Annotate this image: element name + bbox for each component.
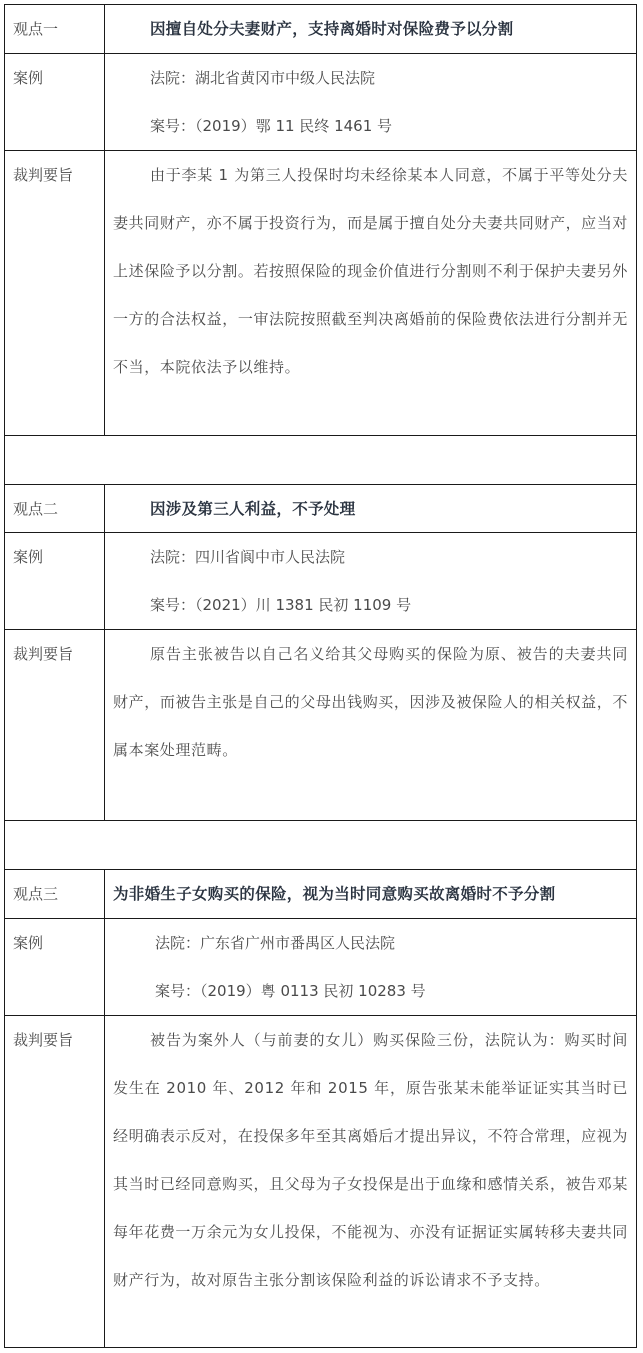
case-row-3: 案例 法院：广东省广州市番禺区人民法院 案号：（2019）粤 0113 民初 1… xyxy=(5,919,636,1016)
summary-row-1: 裁判要旨 由于李某 1 为第三人投保时均未经徐某本人同意，不属于平等处分夫妻共同… xyxy=(5,151,636,436)
case-comparison-table: 观点一 因擅自处分夫妻财产，支持离婚时对保险费予以分割 案例 法院：湖北省黄冈市… xyxy=(4,4,637,1348)
summary-row-2: 裁判要旨 原告主张被告以自己名义给其父母购买的保险为原、被告的夫妻共同财产，而被… xyxy=(5,630,636,821)
case-info: 法院：四川省阆中市人民法院 案号：（2021）川 1381 民初 1109 号 xyxy=(105,533,636,629)
viewpoint-title: 因擅自处分夫妻财产，支持离婚时对保险费予以分割 xyxy=(105,5,636,53)
case-label: 案例 xyxy=(5,54,105,150)
summary-row-3: 裁判要旨 被告为案外人（与前妻的女儿）购买保险三份，法院认为：购买时间发生在 2… xyxy=(5,1016,636,1348)
summary-cell: 原告主张被告以自己名义给其父母购买的保险为原、被告的夫妻共同财产，而被告主张是自… xyxy=(105,630,636,820)
case-info: 法院：广东省广州市番禺区人民法院 案号：（2019）粤 0113 民初 1028… xyxy=(105,919,636,1015)
case-info: 法院：湖北省黄冈市中级人民法院 案号：（2019）鄂 11 民终 1461 号 xyxy=(105,54,636,150)
summary-cell: 由于李某 1 为第三人投保时均未经徐某本人同意，不属于平等处分夫妻共同财产，亦不… xyxy=(105,151,636,435)
summary-label: 裁判要旨 xyxy=(5,1016,105,1347)
judgment-summary: 原告主张被告以自己名义给其父母购买的保险为原、被告的夫妻共同财产，而被告主张是自… xyxy=(113,630,628,774)
summary-label: 裁判要旨 xyxy=(5,630,105,820)
viewpoint-row-2: 观点二 因涉及第三人利益，不予处理 xyxy=(5,485,636,534)
section-spacer xyxy=(5,821,636,870)
case-number: 案号：（2021）川 1381 民初 1109 号 xyxy=(150,593,636,617)
viewpoint-label: 观点三 xyxy=(5,870,105,918)
judgment-summary: 被告为案外人（与前妻的女儿）购买保险三份，法院认为：购买时间发生在 2010 年… xyxy=(113,1016,628,1304)
viewpoint-title: 因涉及第三人利益，不予处理 xyxy=(105,485,636,533)
viewpoint-label: 观点一 xyxy=(5,5,105,53)
court-name: 法院：四川省阆中市人民法院 xyxy=(150,545,636,569)
section-spacer xyxy=(5,436,636,485)
viewpoint-row-3: 观点三 为非婚生子女购买的保险，视为当时同意购买故离婚时不予分割 xyxy=(5,870,636,919)
case-label: 案例 xyxy=(5,533,105,629)
viewpoint-label: 观点二 xyxy=(5,485,105,533)
case-number: 案号：（2019）鄂 11 民终 1461 号 xyxy=(150,114,636,138)
summary-label: 裁判要旨 xyxy=(5,151,105,435)
judgment-summary: 由于李某 1 为第三人投保时均未经徐某本人同意，不属于平等处分夫妻共同财产，亦不… xyxy=(113,151,628,391)
case-number: 案号：（2019）粤 0113 民初 10283 号 xyxy=(155,979,636,1003)
case-row-2: 案例 法院：四川省阆中市人民法院 案号：（2021）川 1381 民初 1109… xyxy=(5,533,636,630)
viewpoint-row-1: 观点一 因擅自处分夫妻财产，支持离婚时对保险费予以分割 xyxy=(5,5,636,54)
case-row-1: 案例 法院：湖北省黄冈市中级人民法院 案号：（2019）鄂 11 民终 1461… xyxy=(5,54,636,151)
viewpoint-title: 为非婚生子女购买的保险，视为当时同意购买故离婚时不予分割 xyxy=(105,870,636,918)
court-name: 法院：广东省广州市番禺区人民法院 xyxy=(155,931,636,955)
case-label: 案例 xyxy=(5,919,105,1015)
summary-cell: 被告为案外人（与前妻的女儿）购买保险三份，法院认为：购买时间发生在 2010 年… xyxy=(105,1016,636,1347)
court-name: 法院：湖北省黄冈市中级人民法院 xyxy=(150,66,636,90)
